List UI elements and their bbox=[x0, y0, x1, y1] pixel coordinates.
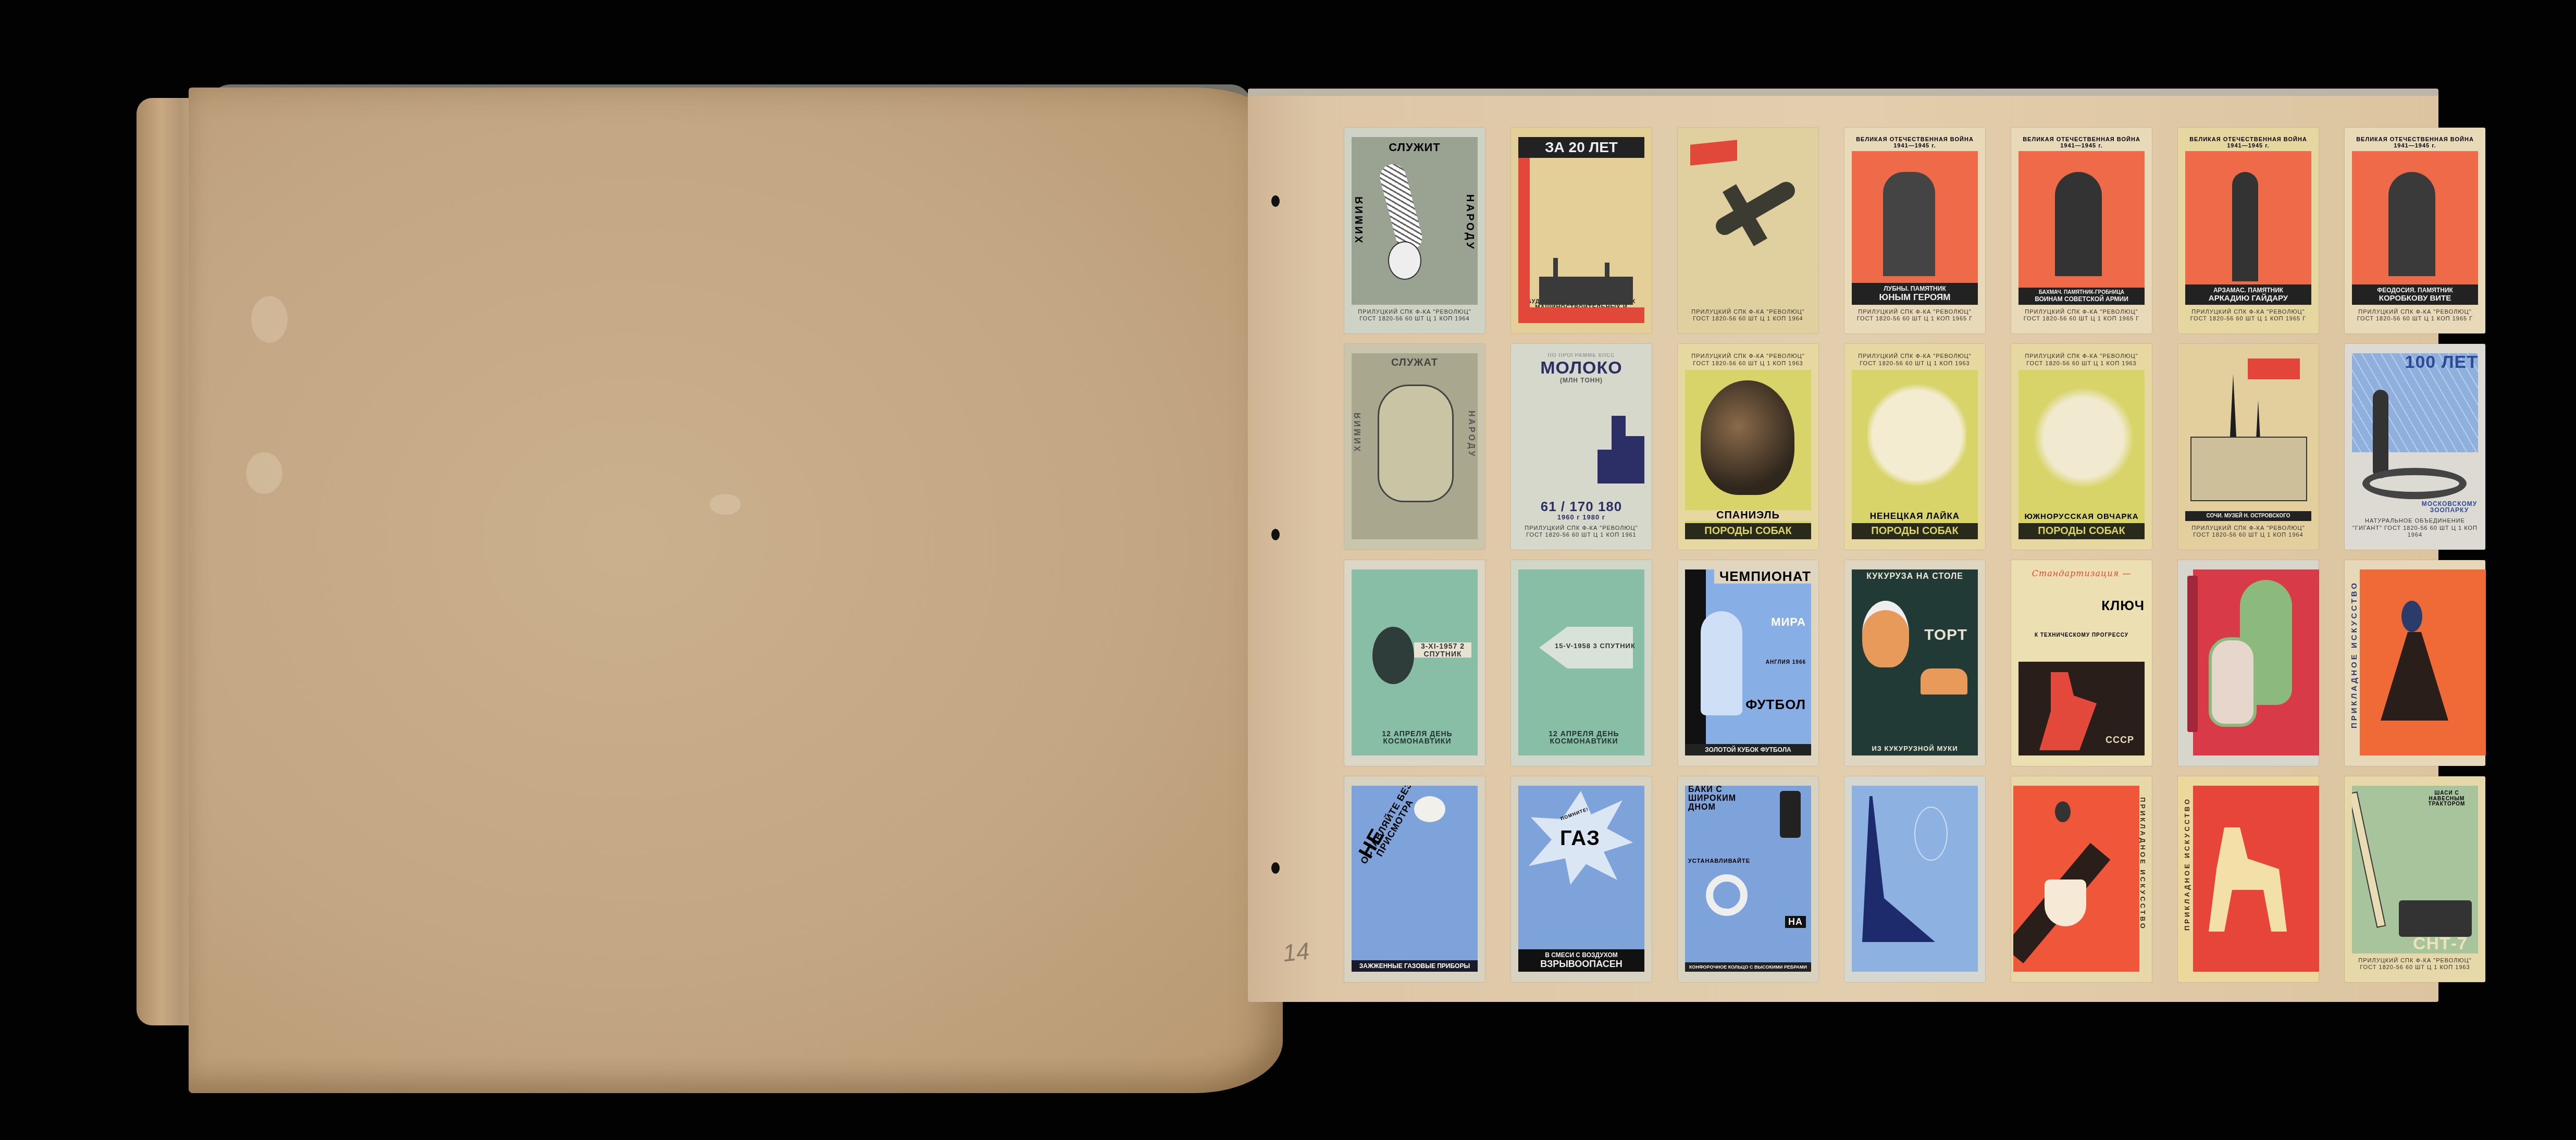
cobra-illustration bbox=[2373, 390, 2388, 478]
laika-dog-illustration bbox=[1867, 380, 1966, 490]
binding-hole bbox=[1271, 862, 1280, 874]
smoke-illustration bbox=[1414, 796, 1445, 822]
label-text: УСТАНАВЛИВАЙТЕ bbox=[1688, 859, 1750, 865]
matchbox-label: БАКИ С ШИРОКИМ ДНОМ УСТАНАВЛИВАЙТЕ НА КО… bbox=[1678, 776, 1818, 982]
dog-breed-name: НЕНЕЦКАЯ ЛАЙКА bbox=[1852, 512, 1978, 521]
label-values: 61 / 170 180 bbox=[1541, 500, 1623, 514]
label-header: ВЕЛИКАЯ ОТЕЧЕСТВЕННАЯ ВОЙНА 1941—1945 г. bbox=[1852, 137, 1978, 149]
deer-illustration bbox=[2209, 827, 2287, 932]
dancer-dress bbox=[2381, 632, 2448, 721]
label-fine-print: ПРИЛУЦКИЙ СПК Ф-КА "РЕВОЛЮЦ" ГОСТ 1820-5… bbox=[2352, 309, 2478, 324]
series-title: ПОРОДЫ СОБАК bbox=[1852, 523, 1978, 539]
emblem-text: СССР bbox=[2106, 735, 2134, 745]
matchbox-label: НЕ ОСТАВЛЯЙТЕ БЕЗ ПРИСМОТРА ЗАЖЖЕННЫЕ ГА… bbox=[1344, 776, 1485, 982]
tractor-illustration bbox=[2399, 900, 2472, 937]
matchbox-label: Стандартизация — КЛЮЧ К ТЕХНИЧЕСКОМУ ПРО… bbox=[2011, 560, 2152, 766]
cake-illustration bbox=[1921, 668, 1967, 695]
matchbox-label: ПРИЛУЦКИЙ СПК Ф-КА "РЕВОЛЮЦ" ГОСТ 1820-5… bbox=[1678, 344, 1818, 550]
label-fine-print: ПРИЛУЦКИЙ СПК Ф-КА "РЕВОЛЮЦ" ГОСТ 1820-5… bbox=[2018, 309, 2145, 324]
label-subtitle: (МЛН ТОНН) bbox=[1560, 377, 1603, 384]
label-header: ШАСИ С НАВЕСНЫМ ТРАКТОРОМ bbox=[2416, 791, 2478, 808]
label-fine-print: ПРИЛУЦКИЙ СПК Ф-КА "РЕВОЛЮЦ" ГОСТ 1820-5… bbox=[1685, 309, 1811, 324]
label-script-text: Стандартизация — bbox=[2032, 569, 2131, 578]
label-fine-print: ПРИЛУЦКИЙ СПК Ф-КА "РЕВОЛЮЦ" ГОСТ 1820-5… bbox=[2185, 309, 2311, 324]
label-fine-print: ПРИЛУЦКИЙ СПК Ф-КА "РЕВОЛЮЦ" ГОСТ 1820-5… bbox=[1852, 309, 1978, 324]
matchbox-label: ШАСИ С НАВЕСНЫМ ТРАКТОРОМ СНТ-7 ПРИЛУЦКИ… bbox=[2345, 776, 2485, 982]
matchbox-label: СЛУЖИТ ХИМИЯ НАРОДУ ПРИЛУЦКИЙ СПК Ф-КА "… bbox=[1344, 128, 1485, 333]
series-title: ПОРОДЫ СОБАК bbox=[2018, 523, 2145, 539]
label-years: 1960 г 1980 г bbox=[1557, 514, 1606, 521]
label-caption: КОРОБКОВУ ВИТЕ bbox=[2352, 294, 2478, 303]
label-title: МОЛОКО bbox=[1540, 359, 1622, 378]
label-caption: БАХМАЧ. ПАМЯТНИК-ГРОБНИЦА bbox=[2018, 290, 2145, 295]
label-title: КУКУРУЗА НА СТОЛЕ bbox=[1866, 573, 1963, 581]
label-subtitle: МИРА bbox=[1771, 616, 1806, 628]
photo-scene: 14 СЛУЖИТ ХИМИЯ НАРОДУ ПРИЛУЦКИЙ СПК Ф-К… bbox=[0, 0, 2576, 1140]
crane-boom bbox=[2352, 791, 2386, 928]
matchbox-label: ПРИКЛАДНОЕ ИСКУССТВО bbox=[2011, 776, 2152, 982]
matchbox-label: ПРИЛУЦКИЙ СПК Ф-КА "РЕВОЛЮЦ" ГОСТ 1820-5… bbox=[1844, 344, 1985, 550]
matchbox-label: ВЕЛИКАЯ ОТЕЧЕСТВЕННАЯ ВОЙНА 1941—1945 г.… bbox=[2345, 128, 2485, 333]
matchbox-label: ЗА 20 ЛЕТ БУДЕТ ПОСТРОЕНО 1070 НОВЫХ МАШ… bbox=[1511, 128, 1652, 333]
label-na: НА bbox=[1785, 916, 1806, 928]
red-stripe bbox=[1518, 307, 1644, 323]
dancer-head bbox=[2401, 601, 2422, 632]
building-illustration bbox=[2190, 437, 2307, 501]
page-number: 14 bbox=[1281, 936, 1311, 967]
label-fine-print: ПРИЛУЦКИЙ СПК Ф-КА "РЕВОЛЮЦ" ГОСТ 1820-5… bbox=[2018, 353, 2145, 368]
snake-coil bbox=[2362, 468, 2467, 499]
label-subtitle: МОСКОВСКОМУ ЗООПАРКУ bbox=[2421, 501, 2478, 514]
page-top-edge bbox=[1248, 89, 2438, 96]
monument-illustration bbox=[2232, 172, 2258, 281]
potato-character-illustration bbox=[1378, 385, 1454, 502]
matchbox-label: 100 ЛЕТ МОСКОВСКОМУ ЗООПАРКУ НАТУРАЛЬНОЕ… bbox=[2345, 344, 2485, 550]
matchbox-label bbox=[1844, 776, 1985, 982]
red-banner bbox=[1690, 140, 1737, 165]
monument-illustration bbox=[2388, 172, 2435, 276]
label-text: 3-XI-1957 2 СПУТНИК bbox=[1414, 642, 1471, 658]
matchbox-label: ЧЕМПИОНАТ МИРА АНГЛИЯ 1966 ФУТБОЛ ЗОЛОТО… bbox=[1678, 560, 1818, 766]
label-subtitle: К ТЕХНИЧЕСКОМУ ПРОГРЕССУ bbox=[2035, 633, 2128, 639]
label-bottom-text: ИЗ КУКУРУЗНОЙ МУКИ bbox=[1872, 745, 1958, 752]
label-vertical-text: ПРИКЛАДНОЕ ИСКУССТВО bbox=[2183, 797, 2191, 931]
matchbox-label: 15-V-1958 3 СПУТНИК 12 АПРЕЛЯ ДЕНЬ КОСМО… bbox=[1511, 560, 1652, 766]
label-title: СЛУЖАТ bbox=[1391, 357, 1438, 368]
label-big-text: ТОРТ bbox=[1924, 627, 1967, 643]
label-header: ВЕЛИКАЯ ОТЕЧЕСТВЕННАЯ ВОЙНА 1941—1945 г. bbox=[2018, 137, 2145, 149]
matchbox-label: ПРИКЛАДНОЕ ИСКУССТВО bbox=[2178, 776, 2319, 982]
label-title: ЧЕМПИОНАТ bbox=[1714, 569, 1811, 584]
woman-illustration bbox=[1862, 601, 1909, 667]
stain bbox=[251, 296, 288, 343]
sheepdog-illustration bbox=[2034, 386, 2133, 490]
label-text: В СМЕСИ С ВОЗДУХОМ bbox=[1518, 951, 1644, 959]
label-bottom-text: КОНФОРОЧНОЕ КОЛЬЦО С ВЫСОКИМИ РЕБРАМИ bbox=[1685, 962, 1811, 972]
matchbox-label: ПО ПРОГРАММЕ КПСС МОЛОКО (МЛН ТОНН) 61 /… bbox=[1511, 344, 1652, 550]
red-stripe bbox=[1518, 158, 1530, 309]
label-big-text: ФУТБОЛ bbox=[1745, 698, 1806, 712]
label-side-text: НАРОДУ bbox=[1464, 194, 1476, 251]
binding-hole bbox=[1271, 529, 1280, 540]
matchbox-label: ВЕЛИКАЯ ОТЕЧЕСТВЕННАЯ ВОЙНА 1941—1945 г.… bbox=[2011, 128, 2152, 333]
series-title: ПОРОДЫ СОБАК bbox=[1685, 523, 1811, 539]
hand-key-illustration bbox=[2039, 672, 2097, 750]
label-fine-print: ПРИЛУЦКИЙ СПК Ф-КА "РЕВОЛЮЦ" ГОСТ 1820-5… bbox=[1852, 353, 1978, 368]
orbit-lines bbox=[1914, 807, 1948, 861]
city-chart-illustration bbox=[1597, 416, 1644, 484]
monument-illustration bbox=[2055, 172, 2102, 276]
monument-illustration bbox=[1883, 172, 1935, 276]
dog-breed-name: СПАНИЭЛЬ bbox=[1685, 510, 1811, 521]
left-page-stack bbox=[137, 88, 1283, 1093]
vase-illustration bbox=[2045, 879, 2086, 926]
matchbox-label: СЛУЖАТ ХИМИЯ НАРОДУ bbox=[1344, 344, 1485, 550]
label-fine-print: ПРИЛУЦКИЙ СПК Ф-КА "РЕВОЛЮЦ" ГОСТ 1820-5… bbox=[1352, 309, 1478, 324]
label-art-panel: СССР bbox=[2018, 662, 2145, 755]
label-fine-print: НАТУРАЛЬНОЕ ОБЪЕДИНЕНИЕ "ГИГАНТ" ГОСТ 18… bbox=[2352, 518, 2478, 539]
spaniel-dog-illustration bbox=[1701, 380, 1794, 495]
label-text: 15-V-1958 3 СПУТНИК bbox=[1555, 642, 1636, 650]
label-big-text: ГАЗ bbox=[1560, 827, 1600, 849]
label-side-text: ХИМИЯ bbox=[1354, 411, 1363, 452]
lamp-illustration bbox=[2055, 801, 2071, 822]
label-subtitle: АНГЛИЯ 1966 bbox=[1766, 660, 1806, 666]
label-bottom-text: ЗАЖЖЕННЫЕ ГАЗОВЫЕ ПРИБОРЫ bbox=[1352, 960, 1478, 972]
pot-illustration bbox=[1780, 791, 1801, 838]
stain bbox=[710, 494, 741, 515]
label-title: КЛЮЧ bbox=[2101, 599, 2145, 613]
dog-breed-name: ЮЖНОРУССКАЯ ОВЧАРКА bbox=[2018, 513, 2145, 521]
sputnik-illustration bbox=[1372, 627, 1414, 684]
label-caption: ЛУБНЫ. ПАМЯТНИК bbox=[1852, 285, 1978, 292]
label-title: БАКИ С ШИРОКИМ ДНОМ bbox=[1688, 786, 1740, 812]
label-title: 100 ЛЕТ bbox=[2405, 353, 2478, 372]
ornament-strip bbox=[2187, 576, 2198, 732]
label-band: ЗОЛОТОЙ КУБОК ФУТБОЛА bbox=[1685, 744, 1811, 755]
label-vertical-text: ПРИКЛАДНОЕ ИСКУССТВО bbox=[2139, 797, 2147, 931]
matchbox-label: ПОМНИТЕ! ГАЗ В СМЕСИ С ВОЗДУХОМВЗРЫВООПА… bbox=[1511, 776, 1652, 982]
label-caption: СОЧИ. МУЗЕЙ Н. ОСТРОВСКОГО bbox=[2185, 511, 2311, 521]
label-caption: ВОИНАМ СОВЕТСКОЙ АРМИИ bbox=[2018, 295, 2145, 303]
label-vertical-text: ПРИКЛАДНОЕ ИСКУССТВО bbox=[2350, 581, 2359, 728]
stain bbox=[246, 452, 282, 494]
label-caption: АРЗАМАС. ПАМЯТНИК bbox=[2185, 287, 2311, 294]
red-flag bbox=[2248, 358, 2300, 379]
corn-cob-illustration bbox=[1377, 161, 1425, 253]
factory-illustration bbox=[1539, 258, 1633, 305]
label-side-text: ХИМИЯ bbox=[1354, 194, 1366, 243]
matryoshka-small-illustration bbox=[2209, 637, 2257, 727]
label-bottom-text: ВЗРЫВООПАСЕН bbox=[1518, 959, 1644, 970]
label-grid: СЛУЖИТ ХИМИЯ НАРОДУ ПРИЛУЦКИЙ СПК Ф-КА "… bbox=[1344, 128, 2485, 982]
binding-hole bbox=[1271, 195, 1280, 207]
matchbox-label: ВЕЛИКАЯ ОТЕЧЕСТВЕННАЯ ВОЙНА 1941—1945 г.… bbox=[1844, 128, 1985, 333]
label-header: ВЕЛИКАЯ ОТЕЧЕСТВЕННАЯ ВОЙНА 1941—1945 г. bbox=[2185, 137, 2311, 149]
label-side-text: НАРОДУ bbox=[1466, 411, 1476, 458]
label-fine-print: ПРИЛУЦКИЙ СПК Ф-КА "РЕВОЛЮЦ" ГОСТ 1820-5… bbox=[1685, 353, 1811, 368]
trophy-illustration bbox=[1701, 611, 1742, 715]
label-title: ЗА 20 ЛЕТ bbox=[1518, 137, 1644, 158]
character-illustration bbox=[1388, 241, 1421, 280]
label-header: ВЕЛИКАЯ ОТЕЧЕСТВЕННАЯ ВОЙНА 1941—1945 г. bbox=[2352, 137, 2478, 149]
matchbox-label: ПРИЛУЦКИЙ СПК Ф-КА "РЕВОЛЮЦ" ГОСТ 1820-5… bbox=[1678, 128, 1818, 333]
burner-ring-illustration bbox=[1706, 874, 1748, 916]
left-blank-page bbox=[189, 88, 1283, 1093]
label-bottom-text: 12 АПРЕЛЯ ДЕНЬ КОСМОНАВТИКИ bbox=[1357, 730, 1478, 745]
label-caption: АРКАДИЮ ГАЙДАРУ bbox=[2185, 294, 2311, 303]
matchbox-label: КУКУРУЗА НА СТОЛЕ ТОРТ ИЗ КУКУРУЗНОЙ МУК… bbox=[1844, 560, 1985, 766]
label-big-text: СНТ-7 bbox=[2413, 935, 2468, 953]
label-fine-print: ПРИЛУЦКИЙ СПК Ф-КА "РЕВОЛЮЦ" ГОСТ 1820-5… bbox=[1518, 525, 1644, 540]
matchbox-label: ВЕЛИКАЯ ОТЕЧЕСТВЕННАЯ ВОЙНА 1941—1945 г.… bbox=[2178, 128, 2319, 333]
matchbox-label: 3-XI-1957 2 СПУТНИК 12 АПРЕЛЯ ДЕНЬ КОСМО… bbox=[1344, 560, 1485, 766]
matchbox-label: ПРИКЛАДНОЕ ИСКУССТВО bbox=[2345, 560, 2485, 766]
label-bottom-text: 12 АПРЕЛЯ ДЕНЬ КОСМОНАВТИКИ bbox=[1524, 730, 1644, 745]
matchbox-label: ПРИЛУЦКИЙ СПК Ф-КА "РЕВОЛЮЦ" ГОСТ 1820-5… bbox=[2011, 344, 2152, 550]
label-fine-print: ПРИЛУЦКИЙ СПК Ф-КА "РЕВОЛЮЦ" ГОСТ 1820-5… bbox=[2185, 525, 2311, 540]
label-title: СЛУЖИТ bbox=[1389, 141, 1441, 153]
matchbox-label: СОЧИ. МУЗЕЙ Н. ОСТРОВСКОГО ПРИЛУЦКИЙ СПК… bbox=[2178, 344, 2319, 550]
label-fine-print: ПРИЛУЦКИЙ СПК Ф-КА "РЕВОЛЮЦ" ГОСТ 1820-5… bbox=[2352, 958, 2478, 972]
matchbox-label bbox=[2178, 560, 2319, 766]
label-caption: ЮНЫМ ГЕРОЯМ bbox=[1852, 292, 1978, 303]
label-caption: ФЕОДОСИЯ. ПАМЯТНИК bbox=[2352, 287, 2478, 294]
